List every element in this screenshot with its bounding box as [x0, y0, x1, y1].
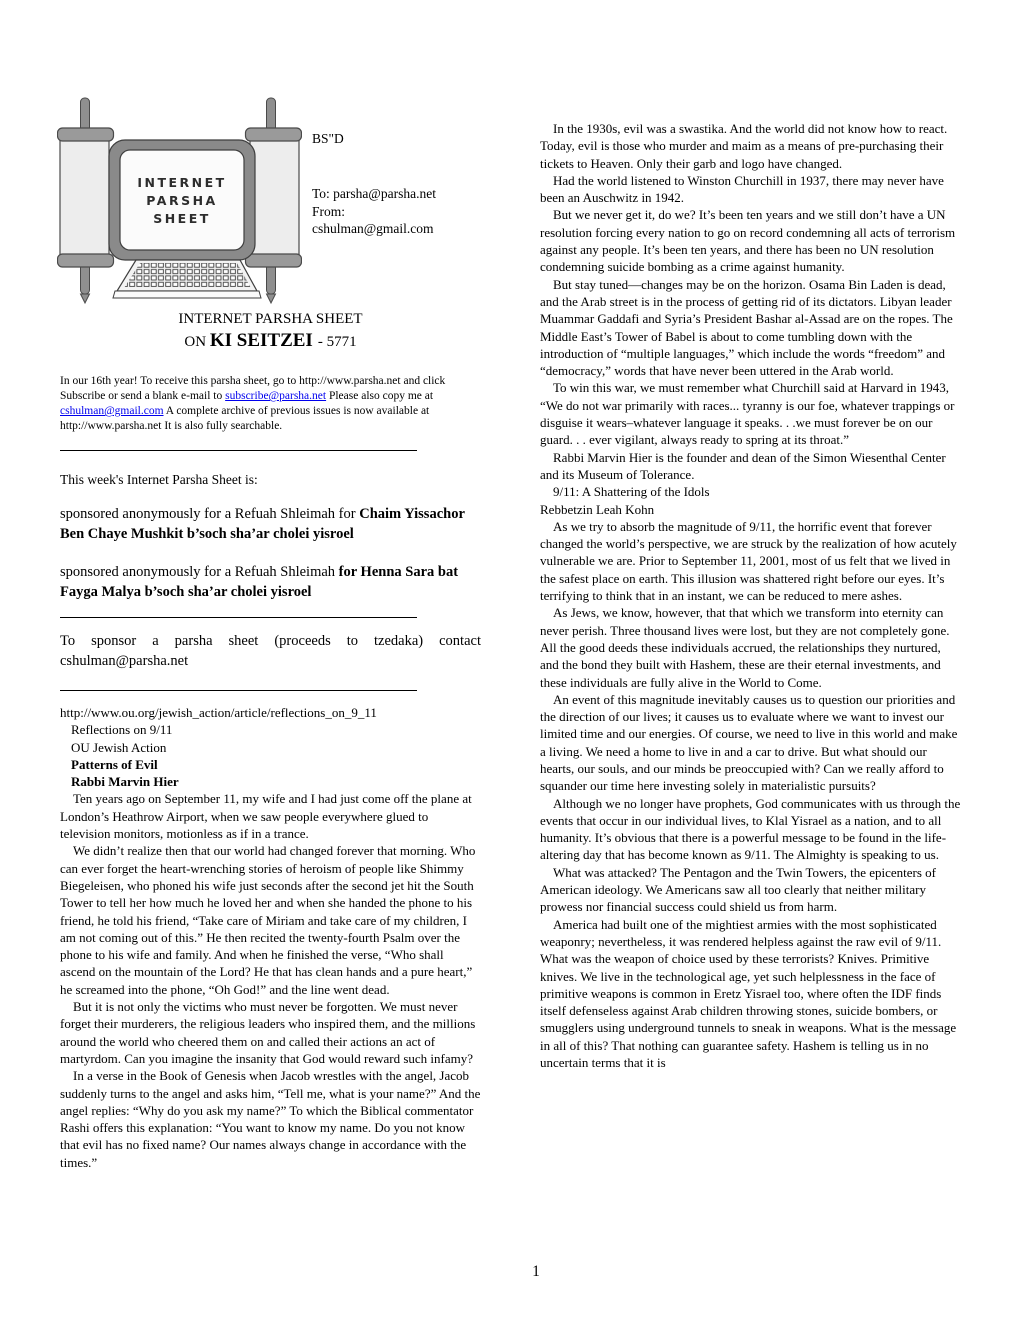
document-page: INTERNET PARSHA SHEET BS"D To: parsha@pa… — [0, 0, 1020, 1320]
divider — [60, 617, 417, 618]
body-paragraph: We didn’t realize then that our world ha… — [60, 842, 481, 998]
body-paragraph: As Jews, we know, however, that that whi… — [540, 604, 961, 690]
article-subtitle-2: OU Jewish Action — [60, 739, 481, 756]
right-body-paragraphs: In the 1930s, evil was a swastika. And t… — [540, 120, 961, 1071]
to-line: To: parsha@parsha.net — [312, 185, 436, 203]
sponsor-line-1: sponsored anonymously for a Refuah Shlei… — [60, 504, 481, 544]
body-paragraph: Rebbetzin Leah Kohn — [540, 501, 961, 518]
masthead-title: INTERNET PARSHA SHEET — [60, 311, 481, 328]
body-paragraph: Rabbi Marvin Hier is the founder and dea… — [540, 449, 961, 484]
logo-text-line2: PARSHA — [146, 193, 217, 208]
masthead-on: ON — [184, 334, 209, 350]
left-body-paragraphs: Ten years ago on September 11, my wife a… — [60, 790, 481, 1171]
body-paragraph: In a verse in the Book of Genesis when J… — [60, 1067, 481, 1171]
torah-scroll-computer-icon: INTERNET PARSHA SHEET — [57, 96, 302, 308]
copy-me-link[interactable]: cshulman@gmail.com — [60, 405, 164, 417]
email-header-block: To: parsha@parsha.net From: cshulman@gma… — [312, 185, 436, 238]
right-column: In the 1930s, evil was a swastika. And t… — [540, 120, 961, 1071]
from-email: cshulman@gmail.com — [312, 220, 436, 238]
sponsor-1-text: sponsored anonymously for a Refuah Shlei… — [60, 506, 359, 522]
body-paragraph: Although we no longer have prophets, God… — [540, 795, 961, 864]
body-paragraph: America had built one of the mightiest a… — [540, 916, 961, 1072]
sponsor-line-2: sponsored anonymously for a Refuah Shlei… — [60, 562, 481, 602]
subscribe-paragraph: In our 16th year! To receive this parsha… — [60, 374, 481, 434]
this-week-line: This week's Internet Parsha Sheet is: — [60, 471, 481, 488]
body-paragraph: In the 1930s, evil was a swastika. And t… — [540, 120, 961, 172]
from-label: From: — [312, 203, 436, 221]
subscribe-text-mid: Please also copy me at — [326, 390, 433, 402]
parsha-year: - 5771 — [318, 334, 357, 350]
body-paragraph: An event of this magnitude inevitably ca… — [540, 691, 961, 795]
article-author: Rabbi Marvin Hier — [60, 773, 481, 790]
logo-text-line3: SHEET — [153, 211, 211, 226]
body-paragraph: As we try to absorb the magnitude of 9/1… — [540, 518, 961, 604]
logo-text-line1: INTERNET — [137, 175, 226, 190]
body-paragraph: But we never get it, do we? It’s been te… — [540, 206, 961, 275]
to-sponsor-line: To sponsor a parsha sheet (proceeds to t… — [60, 631, 481, 671]
parsha-logo: INTERNET PARSHA SHEET — [57, 96, 302, 308]
body-paragraph: Ten years ago on September 11, my wife a… — [60, 790, 481, 842]
parsha-name: KI SEITZEI — [210, 330, 313, 351]
left-column: In our 16th year! To receive this parsha… — [60, 374, 481, 1171]
divider — [60, 690, 417, 691]
sponsor-2-text: sponsored anonymously for a Refuah Shlei… — [60, 564, 339, 580]
article-heading: Patterns of Evil — [60, 756, 481, 773]
article-url: http://www.ou.org/jewish_action/article/… — [60, 704, 481, 721]
body-paragraph: Had the world listened to Winston Church… — [540, 172, 961, 207]
masthead: INTERNET PARSHA SHEET ON KI SEITZEI- 577… — [60, 311, 481, 352]
body-paragraph: 9/11: A Shattering of the Idols — [540, 483, 961, 500]
body-paragraph: But it is not only the victims who must … — [60, 998, 481, 1067]
body-paragraph: But stay tuned—changes may be on the hor… — [540, 276, 961, 380]
bsd-label: BS"D — [312, 131, 344, 147]
body-paragraph: To win this war, we must remember what C… — [540, 379, 961, 448]
page-number: 1 — [501, 1263, 571, 1281]
subscribe-link[interactable]: subscribe@parsha.net — [225, 390, 326, 402]
divider — [60, 450, 417, 451]
body-paragraph: What was attacked? The Pentagon and the … — [540, 864, 961, 916]
article-subtitle-1: Reflections on 9/11 — [60, 721, 481, 738]
masthead-subtitle: ON KI SEITZEI- 5771 — [60, 330, 481, 352]
